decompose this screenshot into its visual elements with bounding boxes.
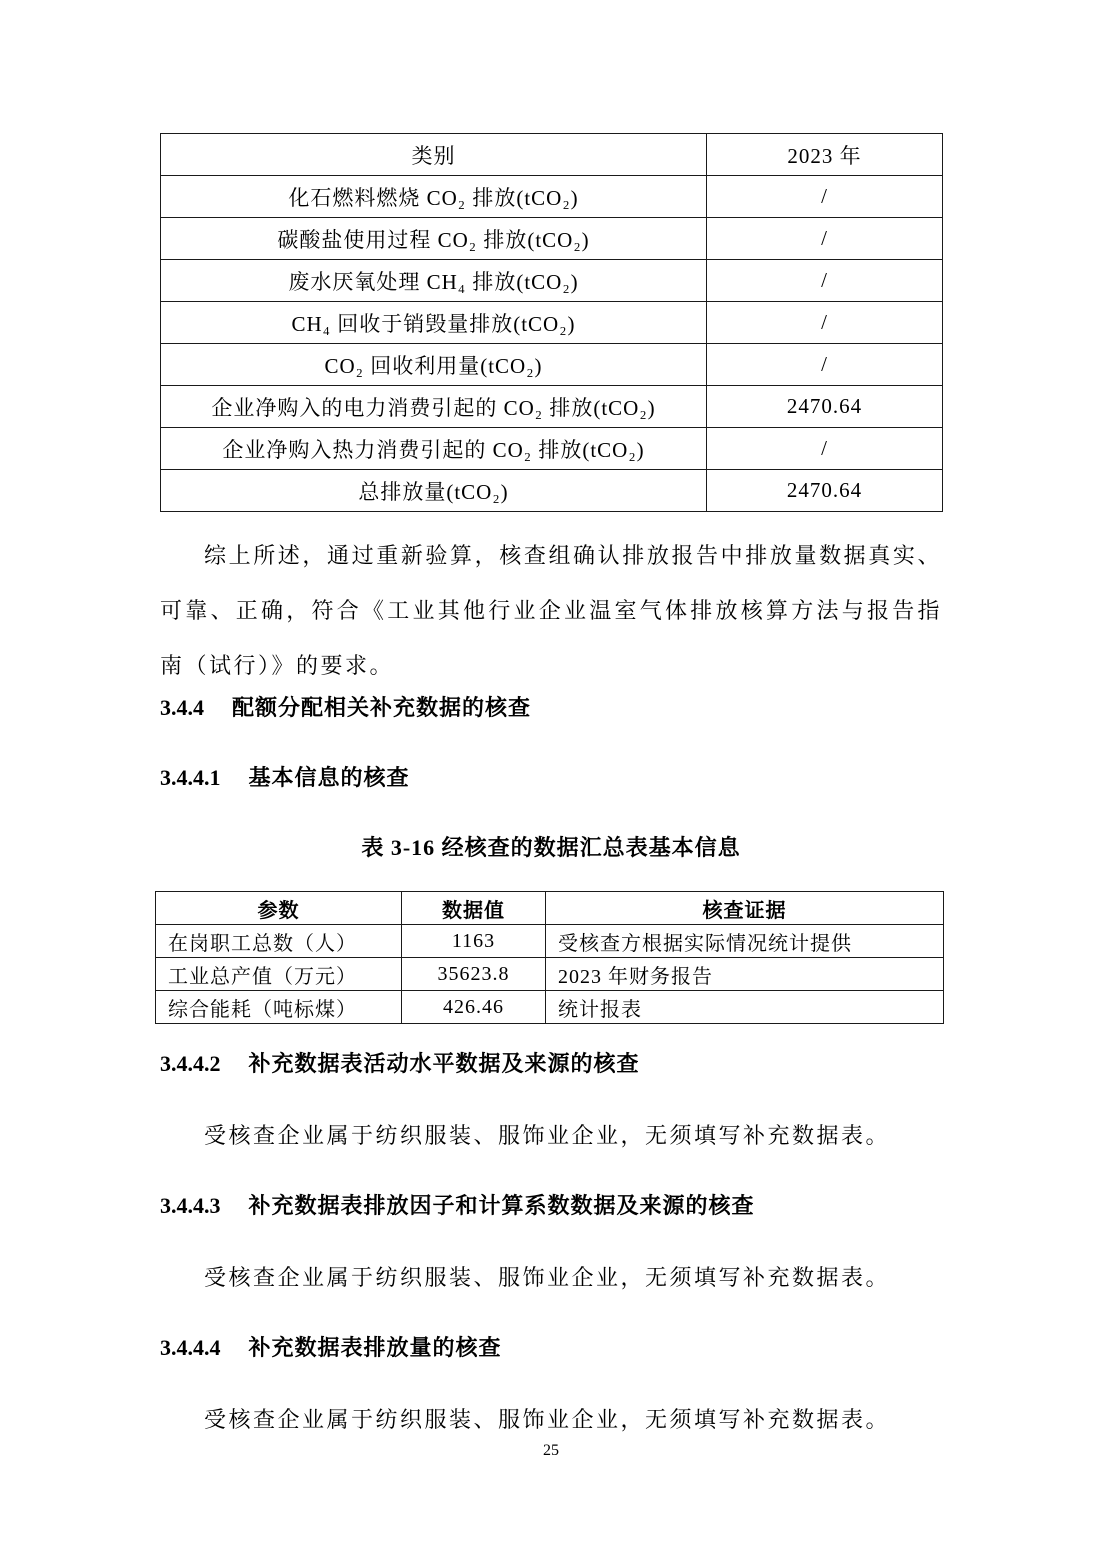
section-heading-3-4-4-4: 3.4.4.4补充数据表排放量的核查 bbox=[160, 1333, 942, 1363]
table-row: CH₄ 回收于销毁量排放(tCO₂) / bbox=[161, 302, 943, 344]
section-heading-3-4-4-2: 3.4.4.2补充数据表活动水平数据及来源的核查 bbox=[160, 1049, 942, 1079]
emission-value: / bbox=[707, 302, 943, 344]
emission-label: 企业净购入的电力消费引起的 CO₂ 排放(tCO₂) bbox=[161, 386, 707, 428]
emission-value: / bbox=[707, 428, 943, 470]
verified-data-table: 参数 数据值 核查证据 在岗职工总数（人） 1163 受核查方根据实际情况统计提… bbox=[155, 891, 944, 1024]
emission-value: 2470.64 bbox=[707, 470, 943, 512]
emission-label: 企业净购入热力消费引起的 CO₂ 排放(tCO₂) bbox=[161, 428, 707, 470]
conclusion-paragraph: 综上所述，通过重新验算，核查组确认排放报告中排放量数据真实、可靠、正确，符合《工… bbox=[160, 528, 942, 693]
section-title: 补充数据表排放量的核查 bbox=[249, 1335, 502, 1360]
emission-value: / bbox=[707, 176, 943, 218]
emission-value: / bbox=[707, 218, 943, 260]
emissions-col-category: 类别 bbox=[161, 134, 707, 176]
param-name: 综合能耗（吨标煤） bbox=[156, 991, 402, 1024]
section-note: 受核查企业属于纺织服装、服饰业企业，无须填写补充数据表。 bbox=[160, 1121, 942, 1151]
table-header-row: 参数 数据值 核查证据 bbox=[156, 892, 944, 925]
emission-label: 化石燃料燃烧 CO₂ 排放(tCO₂) bbox=[161, 176, 707, 218]
param-evidence: 2023 年财务报告 bbox=[546, 958, 944, 991]
emission-label: 总排放量(tCO₂) bbox=[161, 470, 707, 512]
param-name: 工业总产值（万元） bbox=[156, 958, 402, 991]
param-evidence: 统计报表 bbox=[546, 991, 944, 1024]
section-heading-3-4-4-3: 3.4.4.3补充数据表排放因子和计算系数数据及来源的核查 bbox=[160, 1191, 942, 1221]
emissions-table: 类别 2023 年 化石燃料燃烧 CO₂ 排放(tCO₂) / 碳酸盐使用过程 … bbox=[160, 133, 943, 512]
param-name: 在岗职工总数（人） bbox=[156, 925, 402, 958]
section-number: 3.4.4.3 bbox=[160, 1193, 221, 1218]
table-row: 综合能耗（吨标煤） 426.46 统计报表 bbox=[156, 991, 944, 1024]
summary-col-param: 参数 bbox=[156, 892, 402, 925]
param-evidence: 受核查方根据实际情况统计提供 bbox=[546, 925, 944, 958]
section-title: 补充数据表活动水平数据及来源的核查 bbox=[249, 1051, 640, 1076]
table-row: 企业净购入热力消费引起的 CO₂ 排放(tCO₂) / bbox=[161, 428, 943, 470]
table-row: 在岗职工总数（人） 1163 受核查方根据实际情况统计提供 bbox=[156, 925, 944, 958]
param-value: 426.46 bbox=[402, 991, 546, 1024]
page-number: 25 bbox=[0, 1442, 1102, 1460]
table-row: 化石燃料燃烧 CO₂ 排放(tCO₂) / bbox=[161, 176, 943, 218]
emission-value: / bbox=[707, 344, 943, 386]
table-header-row: 类别 2023 年 bbox=[161, 134, 943, 176]
section-heading-3-4-4-1: 3.4.4.1基本信息的核查 bbox=[160, 763, 942, 793]
section-heading-3-4-4: 3.4.4配额分配相关补充数据的核查 bbox=[160, 693, 942, 723]
emission-label: 废水厌氧处理 CH₄ 排放(tCO₂) bbox=[161, 260, 707, 302]
emission-value: 2470.64 bbox=[707, 386, 943, 428]
section-number: 3.4.4.2 bbox=[160, 1051, 221, 1076]
section-number: 3.4.4.1 bbox=[160, 765, 221, 790]
section-note: 受核查企业属于纺织服装、服饰业企业，无须填写补充数据表。 bbox=[160, 1263, 942, 1293]
document-page: { "table1": { "headers": ["类别", "2023 年"… bbox=[0, 0, 1102, 1559]
emission-label: CH₄ 回收于销毁量排放(tCO₂) bbox=[161, 302, 707, 344]
table-row: 总排放量(tCO₂) 2470.64 bbox=[161, 470, 943, 512]
section-title: 基本信息的核查 bbox=[249, 765, 410, 790]
section-title: 补充数据表排放因子和计算系数数据及来源的核查 bbox=[249, 1193, 755, 1218]
param-value: 1163 bbox=[402, 925, 546, 958]
table-row: 企业净购入的电力消费引起的 CO₂ 排放(tCO₂) 2470.64 bbox=[161, 386, 943, 428]
emission-label: CO₂ 回收利用量(tCO₂) bbox=[161, 344, 707, 386]
table-row: 碳酸盐使用过程 CO₂ 排放(tCO₂) / bbox=[161, 218, 943, 260]
emissions-col-year: 2023 年 bbox=[707, 134, 943, 176]
table-row: 废水厌氧处理 CH₄ 排放(tCO₂) / bbox=[161, 260, 943, 302]
summary-col-value: 数据值 bbox=[402, 892, 546, 925]
section-number: 3.4.4.4 bbox=[160, 1335, 221, 1360]
table-row: CO₂ 回收利用量(tCO₂) / bbox=[161, 344, 943, 386]
summary-col-evidence: 核查证据 bbox=[546, 892, 944, 925]
section-note: 受核查企业属于纺织服装、服饰业企业，无须填写补充数据表。 bbox=[160, 1405, 942, 1435]
emission-value: / bbox=[707, 260, 943, 302]
emission-label: 碳酸盐使用过程 CO₂ 排放(tCO₂) bbox=[161, 218, 707, 260]
page-content: 类别 2023 年 化石燃料燃烧 CO₂ 排放(tCO₂) / 碳酸盐使用过程 … bbox=[160, 0, 942, 1435]
section-title: 配额分配相关补充数据的核查 bbox=[232, 695, 531, 720]
param-value: 35623.8 bbox=[402, 958, 546, 991]
section-number: 3.4.4 bbox=[160, 695, 204, 720]
table-3-16-caption: 表 3-16 经核查的数据汇总表基本信息 bbox=[160, 833, 942, 863]
table-row: 工业总产值（万元） 35623.8 2023 年财务报告 bbox=[156, 958, 944, 991]
